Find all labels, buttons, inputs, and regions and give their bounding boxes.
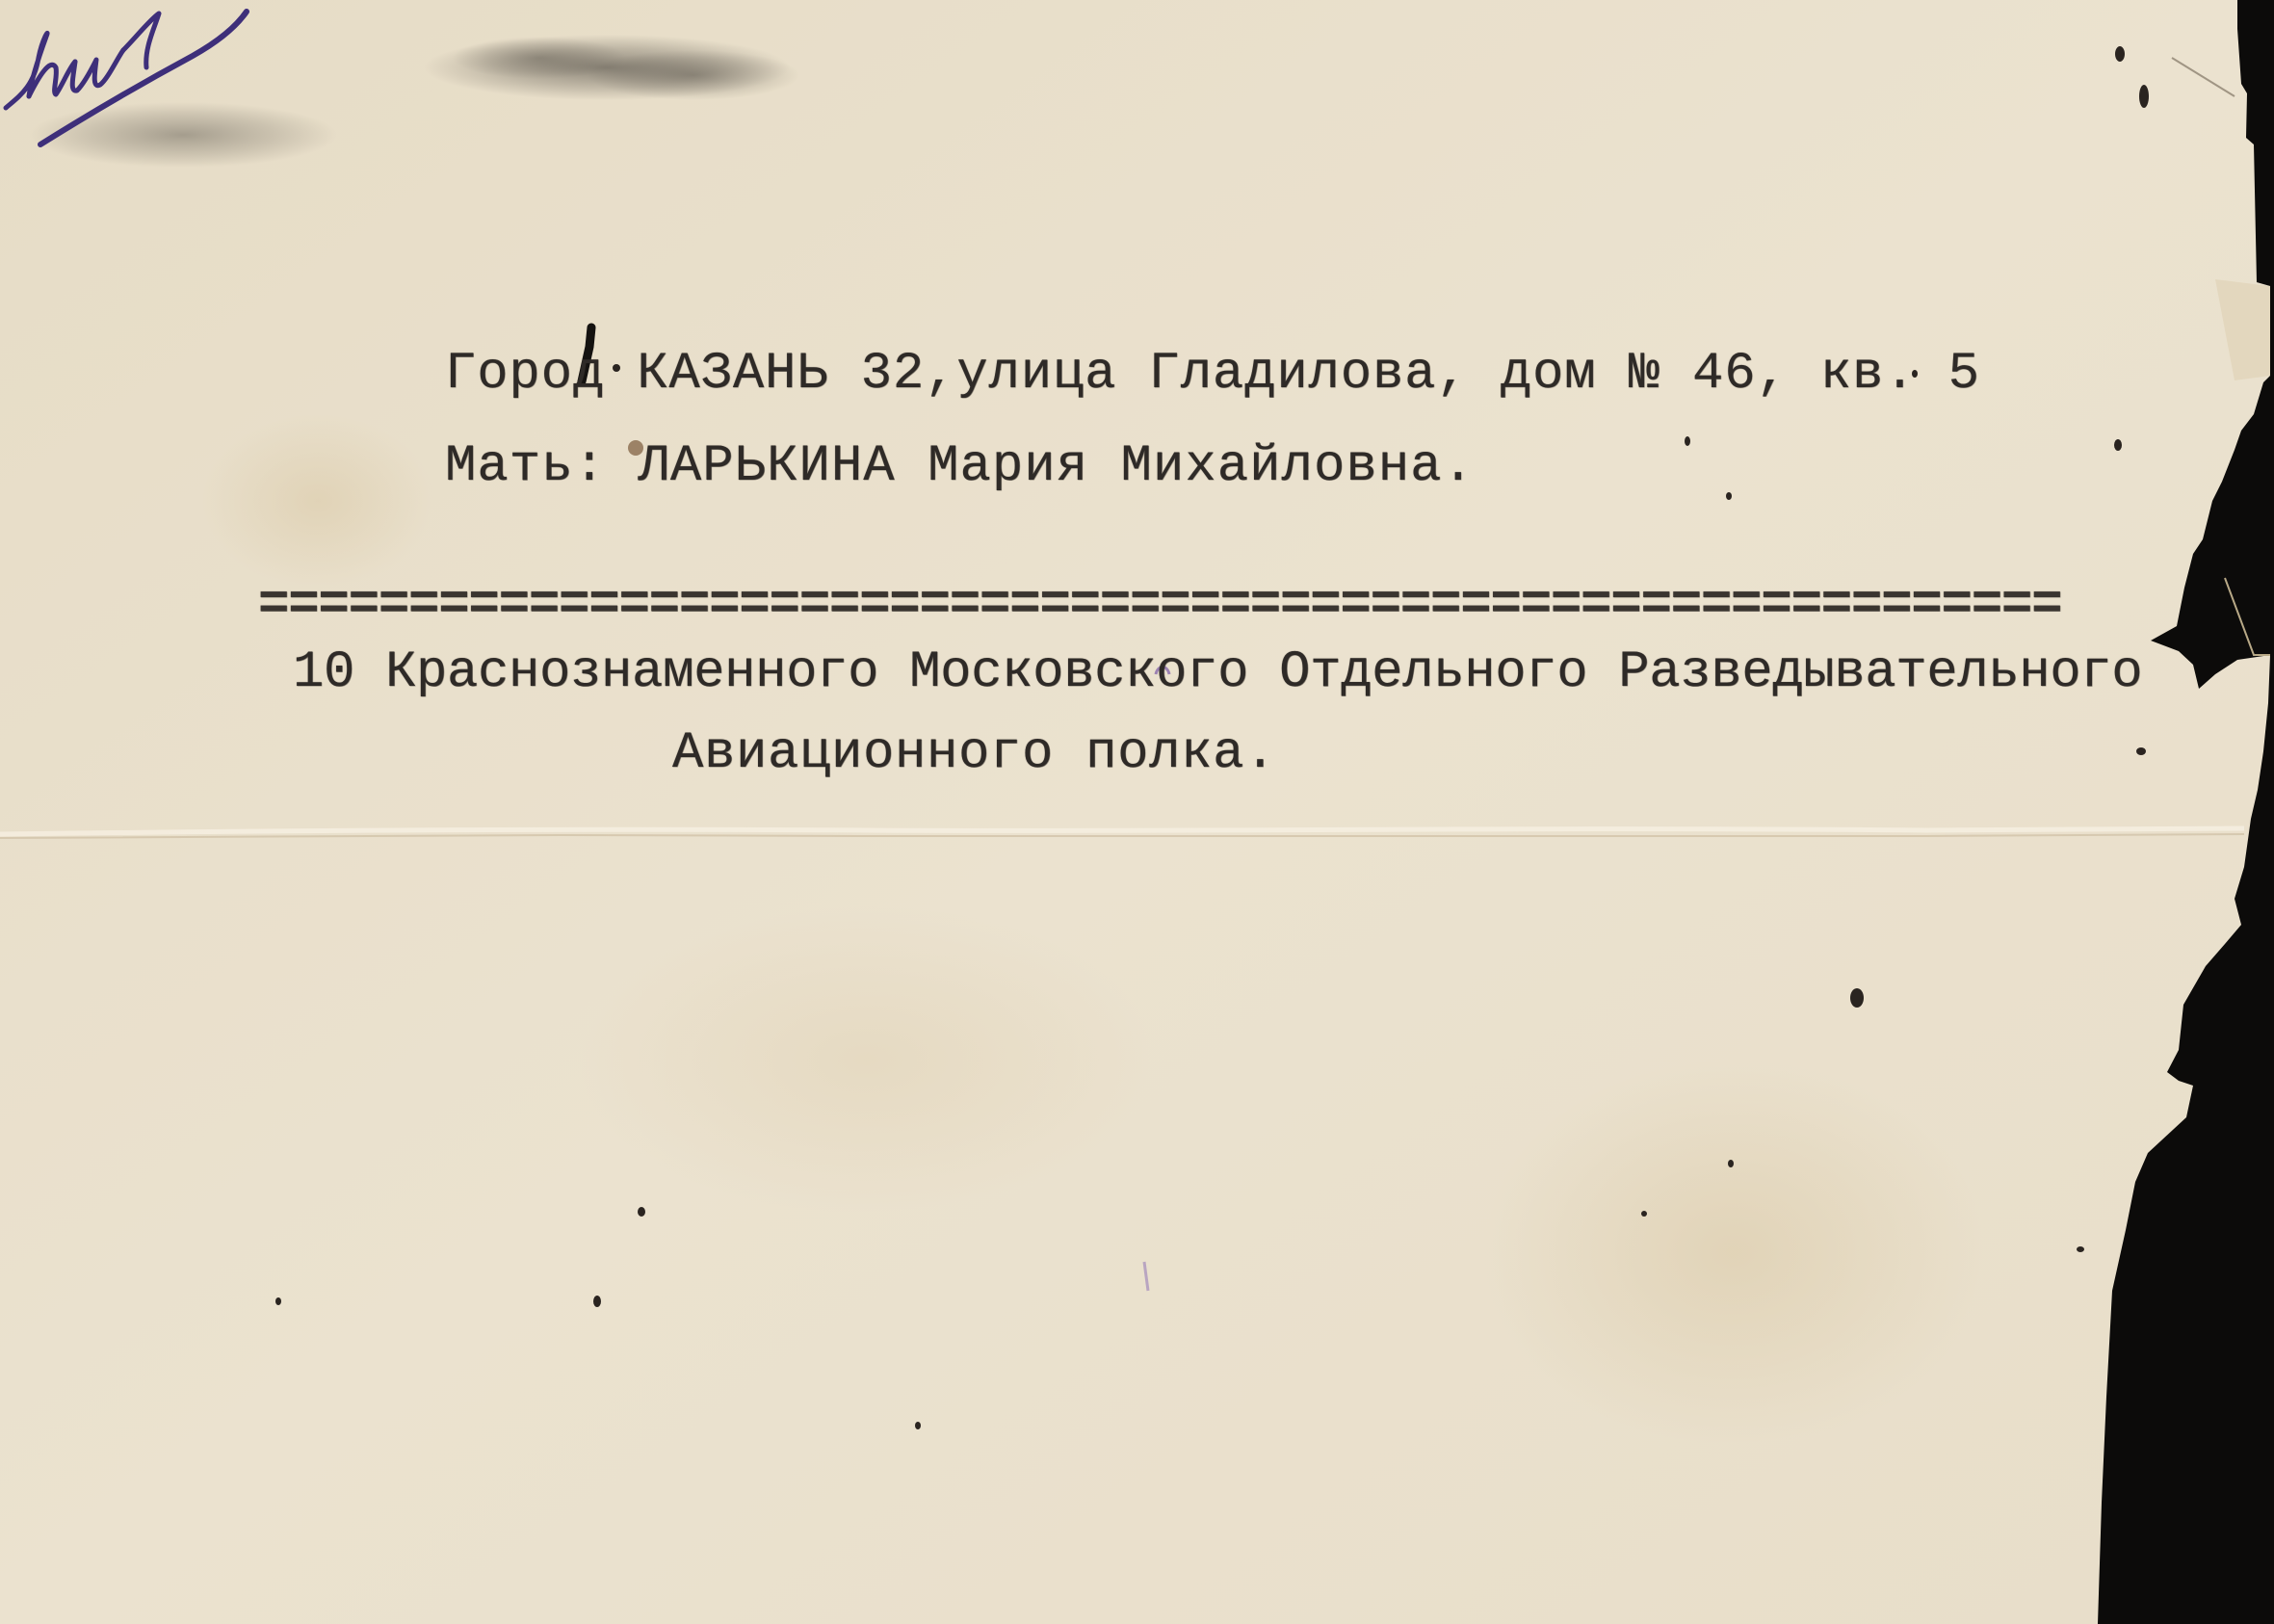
mother-name-line: Мать: ЛАРЬКИНА Мария Михайловна. bbox=[445, 441, 1475, 493]
handwritten-signature bbox=[0, 0, 289, 173]
address-line: Город КАЗАНЬ 32,улица Гладилова, дом № 4… bbox=[445, 349, 1980, 401]
separator-rule: ========================================… bbox=[258, 580, 2061, 632]
document-page: Город КАЗАНЬ 32,улица Гладилова, дом № 4… bbox=[0, 0, 2274, 1624]
torn-paper-sheet bbox=[0, 0, 2274, 1624]
paper-body bbox=[0, 0, 2270, 1624]
unit-name-line-1: 10 Краснознаменного Московского Отдельно… bbox=[293, 647, 2142, 699]
unit-name-line-2: Авиационного полка. bbox=[672, 728, 1276, 780]
